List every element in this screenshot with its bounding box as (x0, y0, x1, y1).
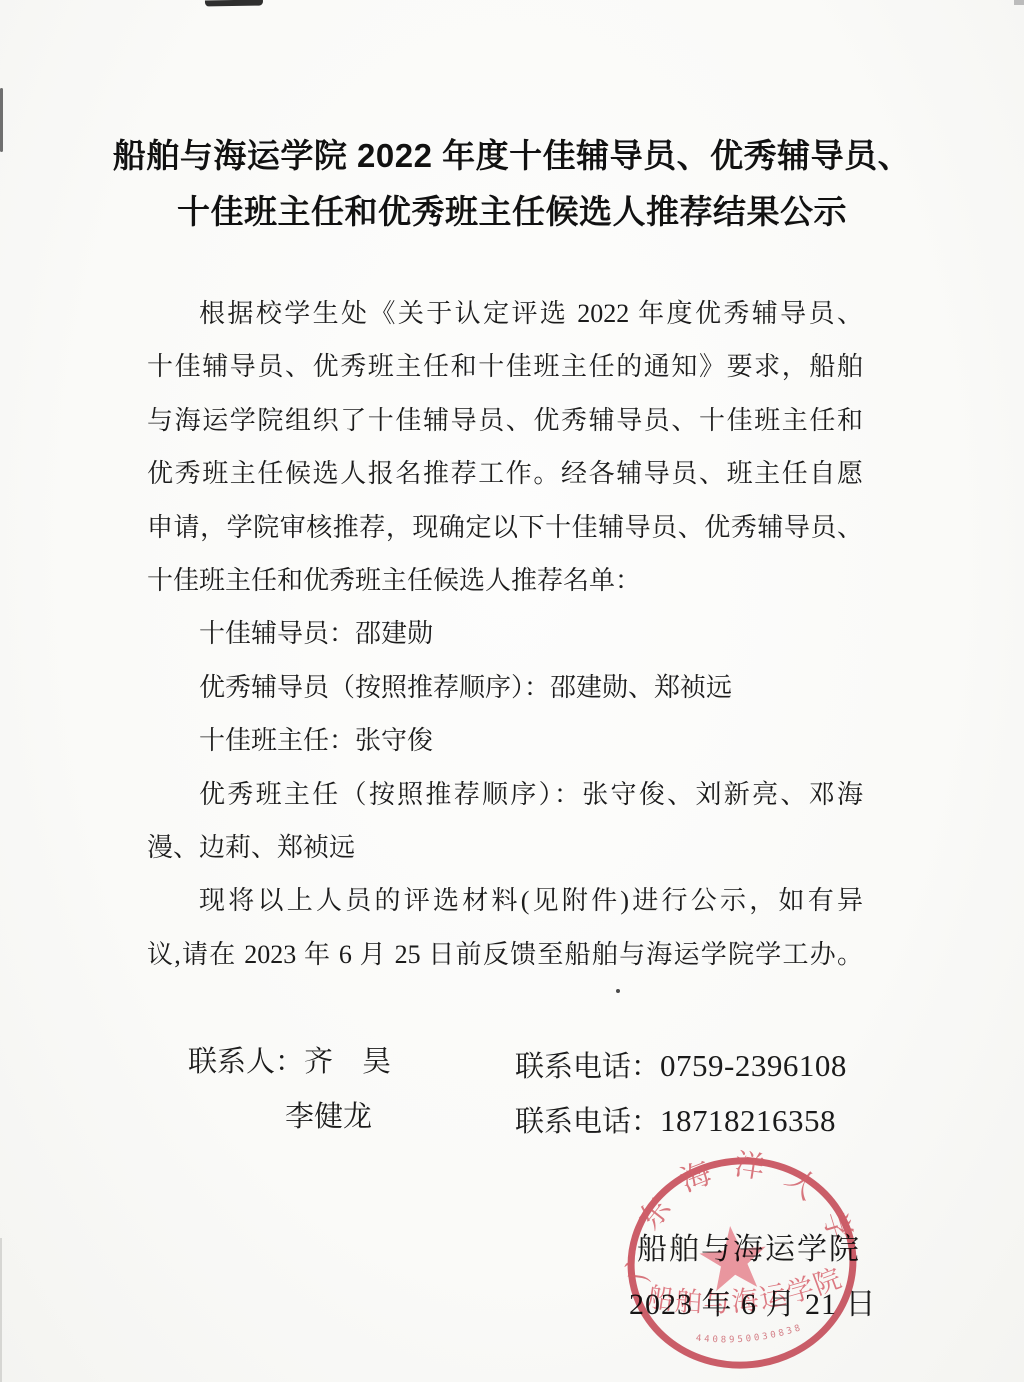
body-line-excellent-teacher: 优秀班主任（按照推荐顺序）：张守俊、刘新亮、邓海 (147, 768, 863, 821)
scan-smudge-top (205, 0, 263, 7)
scan-speck-top-right (1014, 0, 1024, 5)
body-line: 议,请在 2023 年 6 月 25 日前反馈至船舶与海运学院学工办。 (147, 928, 863, 981)
title-line-1: 船舶与海运学院 2022 年度十佳辅导员、优秀辅导员、 (0, 128, 1024, 184)
scan-dot (616, 989, 620, 993)
seal-code: 4408950030838 (694, 1322, 805, 1349)
svg-text:4408950030838: 4408950030838 (694, 1322, 805, 1349)
contact-phone-2: 联系电话：18718216358 (515, 1103, 836, 1140)
body-line: 申请，学院审核推荐，现确定以下十佳辅导员、优秀辅导员、 (147, 501, 863, 554)
contact-phone-1: 联系电话：0759-2396108 (515, 1048, 847, 1085)
seal-star-icon (697, 1223, 770, 1293)
contact-person-2: 李健龙 (285, 1099, 372, 1135)
contact-phone-1-label: 联系电话： (515, 1051, 660, 1083)
body-line-top10-counselor: 十佳辅导员：邵建勋 (147, 607, 863, 660)
title-line-2: 十佳班主任和优秀班主任候选人推荐结果公示 (0, 184, 1024, 240)
scanned-document-page: 船舶与海运学院 2022 年度十佳辅导员、优秀辅导员、 十佳班主任和优秀班主任候… (0, 0, 1024, 1382)
body-line: 与海运学院组织了十佳辅导员、优秀辅导员、十佳班主任和 (147, 394, 863, 447)
contact-phone-2-number: 18718216358 (660, 1103, 836, 1138)
body-line-top10-teacher: 十佳班主任：张守俊 (147, 714, 863, 767)
contact-phone-1-number: 0759-2396108 (660, 1048, 847, 1083)
contact-person-1: 联系人：齐 昊 (188, 1044, 391, 1080)
document-title: 船舶与海运学院 2022 年度十佳辅导员、优秀辅导员、 十佳班主任和优秀班主任候… (0, 128, 1024, 240)
document-body: 根据校学生处《关于认定评选 2022 年度优秀辅导员、 十佳辅导员、优秀班主任和… (147, 287, 863, 981)
body-line: 现将以上人员的评选材料(见附件)进行公示，如有异 (147, 874, 863, 927)
official-seal: 广东海洋大学 船舶与海运学院 4408950030838 (617, 1148, 867, 1380)
body-line: 根据校学生处《关于认定评选 2022 年度优秀辅导员、 (147, 287, 863, 340)
body-line-excellent-counselor: 优秀辅导员（按照推荐顺序）：邵建勋、郑祯远 (147, 661, 863, 714)
body-line: 漫、边莉、郑祯远 (147, 821, 863, 874)
body-line: 优秀班主任候选人报名推荐工作。经各辅导员、班主任自愿 (147, 447, 863, 500)
scan-edge-bottom-left (0, 1238, 2, 1382)
body-line: 十佳辅导员、优秀班主任和十佳班主任的通知》要求，船舶 (147, 340, 863, 393)
contact-phone-2-label: 联系电话： (515, 1106, 660, 1138)
body-line: 十佳班主任和优秀班主任候选人推荐名单： (147, 554, 863, 607)
